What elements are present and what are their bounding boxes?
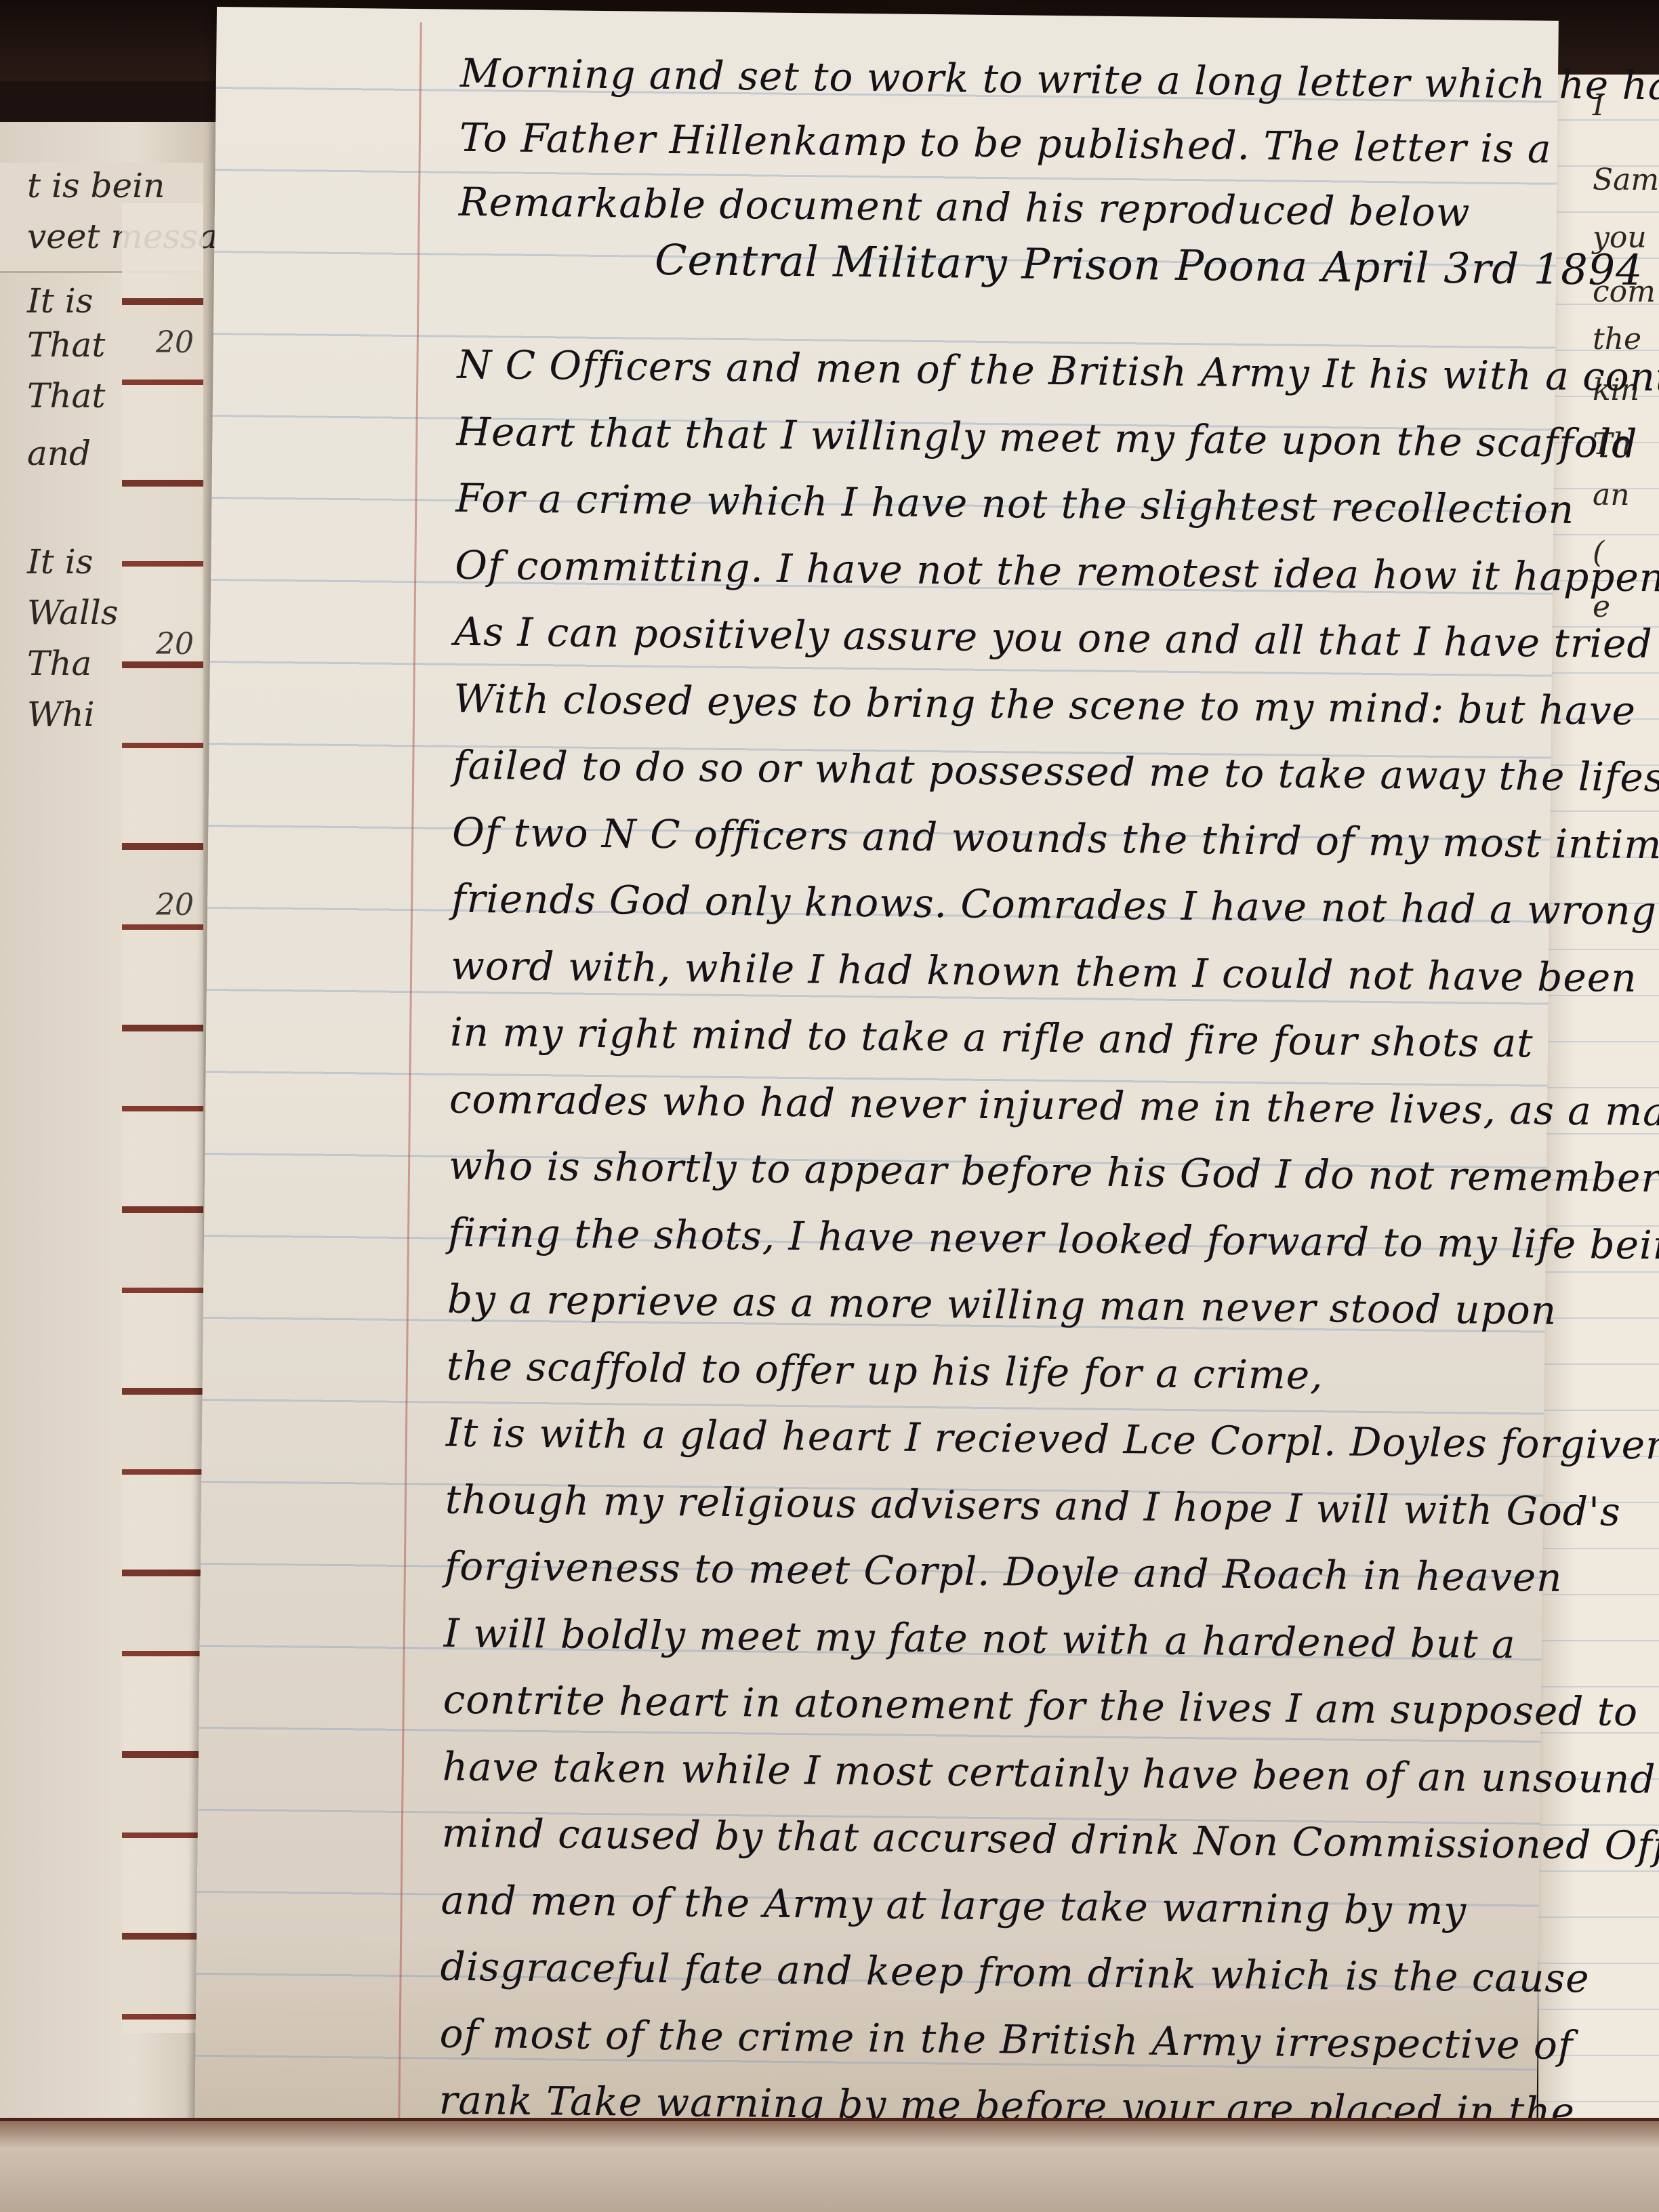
letter-line: of most of the crime in the British Army…: [439, 2010, 1573, 2068]
margin-number: 20: [156, 888, 194, 922]
main-page: Morning and set to work to write a long …: [194, 7, 1559, 2163]
intro-line: To Father Hillenkamp to be published. Th…: [459, 115, 1552, 172]
left-line: That: [27, 325, 105, 365]
letter-line: N C Officers and men of the British Army…: [457, 342, 1659, 401]
letter-line: comrades who had never injured me in the…: [449, 1076, 1659, 1134]
left-line: It is: [27, 281, 93, 321]
letter-line: I will boldly meet my fate not with a ha…: [444, 1610, 1516, 1667]
letter-line: by a reprieve as a more willing man neve…: [447, 1276, 1557, 1334]
letter-line: With closed eyes to bring the scene to m…: [453, 675, 1636, 733]
right-line: an: [1593, 478, 1630, 512]
letter-line: the scaffold to offer up his life for a …: [447, 1343, 1324, 1398]
left-line: It is: [27, 542, 93, 581]
left-line: Tha: [27, 644, 91, 683]
left-line: and: [27, 434, 91, 473]
letter-line: friends God only knows. Comrades I have …: [451, 876, 1657, 935]
letter-line: word with, while I had known them I coul…: [451, 942, 1637, 1000]
letter-line: firing the shots, I have never looked fo…: [448, 1209, 1659, 1270]
margin-number: 20: [156, 627, 194, 661]
margin-number: 20: [156, 325, 194, 360]
letter-line: failed to do so or what possessed me to …: [453, 742, 1659, 801]
letter-line: disgraceful fate and keep from drink whi…: [440, 1944, 1589, 2002]
intro-line: Remarkable document and his reproduced b…: [459, 179, 1471, 236]
margin-rule: [398, 22, 422, 2150]
letter-line: have taken while I most certainly have b…: [442, 1743, 1656, 1802]
letter-line: Of two N C officers and wounds the third…: [452, 808, 1659, 868]
letter-line: though my religious advisers and I hope …: [445, 1476, 1621, 1534]
left-top-line: t is bein: [27, 166, 165, 205]
letter-line: It is with a glad heart I recieved Lce C…: [446, 1410, 1659, 1469]
letter-line: who is shortly to appear before his God …: [449, 1143, 1659, 1202]
intro-line: Morning and set to work to write a long …: [460, 50, 1659, 110]
letter-line: As I can positively assure you one and a…: [454, 609, 1653, 668]
left-line: That: [27, 376, 105, 415]
letter-line: and men of the Army at large take warnin…: [441, 1877, 1467, 1933]
letter-line: Of committing. I have not the remotest i…: [455, 541, 1659, 600]
left-line: Walls: [27, 593, 119, 632]
letter-line: in my right mind to take a rifle and fir…: [450, 1009, 1534, 1067]
right-line: Sam: [1593, 163, 1659, 197]
letter-line: forgiveness to meet Corpl. Doyle and Roa…: [445, 1543, 1563, 1601]
letter-line: mind caused by that accursed drink Non C…: [441, 1810, 1659, 1870]
torn-page-edges: [122, 203, 203, 2033]
letter-heading: Central Military Prison Poona April 3rd …: [655, 235, 1643, 295]
letter-line: contrite heart in atonement for the live…: [443, 1677, 1639, 1735]
right-line: the: [1593, 322, 1641, 356]
letter-line: For a crime which I have not the slighte…: [455, 475, 1574, 533]
torn-bottom-pages: [0, 2121, 1659, 2212]
letter-line: Heart that that I willingly meet my fate…: [456, 408, 1638, 466]
left-line: Whi: [27, 695, 95, 734]
